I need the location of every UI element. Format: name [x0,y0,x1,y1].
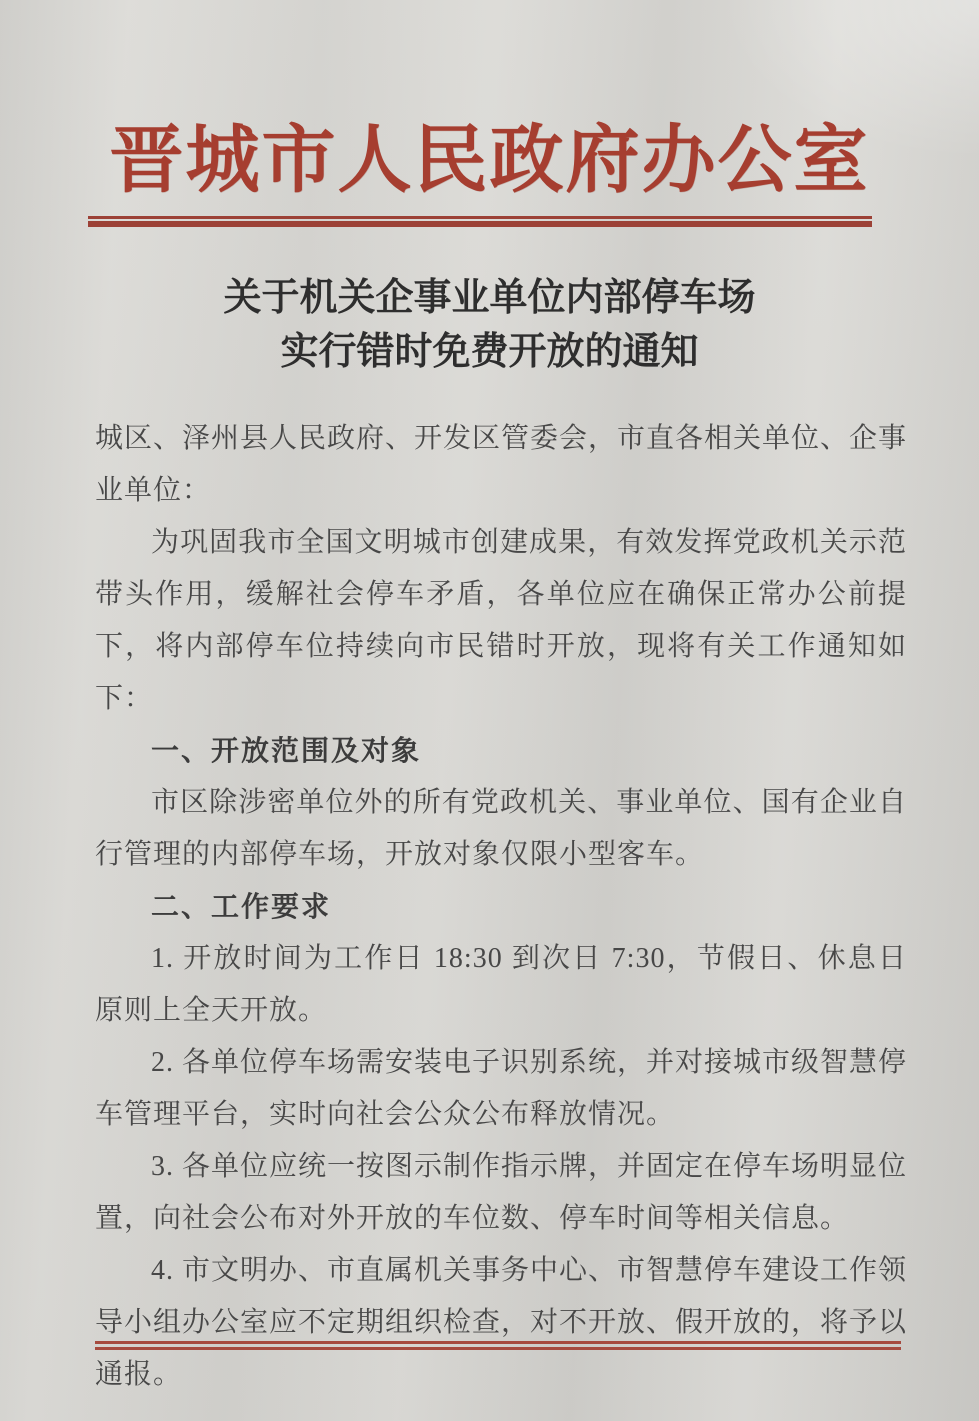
intro-paragraph: 为巩固我市全国文明城市创建成果，有效发挥党政机关示范带头作用，缓解社会停车矛盾，… [95,517,907,725]
document-title-line1: 关于机关企事业单位内部停车场 [0,271,979,325]
letterhead-divider-thin-line [88,216,872,219]
document-title: 关于机关企事业单位内部停车场 实行错时免费开放的通知 [0,271,979,379]
footer-divider [95,1341,901,1350]
section1-heading: 一、开放范围及对象 [95,725,907,777]
section2-item-1: 1. 开放时间为工作日 18:30 到次日 7:30，节假日、休息日原则上全天开… [95,933,907,1037]
document-page: 晋城市人民政府办公室 关于机关企事业单位内部停车场 实行错时免费开放的通知 城区… [0,0,979,1421]
section1-body: 市区除涉密单位外的所有党政机关、事业单位、国有企业自行管理的内部停车场，开放对象… [95,777,907,881]
document-body: 城区、泽州县人民政府、开发区管委会，市直各相关单位、企事业单位： 为巩固我市全国… [95,413,907,1401]
letterhead-title: 晋城市人民政府办公室 [0,122,979,202]
section2-item-4: 4. 市文明办、市直属机关事务中心、市智慧停车建设工作领导小组办公室应不定期组织… [95,1245,907,1401]
salutation: 城区、泽州县人民政府、开发区管委会，市直各相关单位、企事业单位： [95,413,907,517]
section2-heading: 二、工作要求 [95,881,907,933]
letterhead-divider-thick-line [88,221,872,227]
section2-item-2: 2. 各单位停车场需安装电子识别系统，并对接城市级智慧停车管理平台，实时向社会公… [95,1037,907,1141]
section2-item-3: 3. 各单位应统一按图示制作指示牌，并固定在停车场明显位置，向社会公布对外开放的… [95,1141,907,1245]
document-title-line2: 实行错时免费开放的通知 [0,325,979,379]
footer-divider-bottom-line [95,1347,901,1350]
letterhead-divider [88,216,872,227]
